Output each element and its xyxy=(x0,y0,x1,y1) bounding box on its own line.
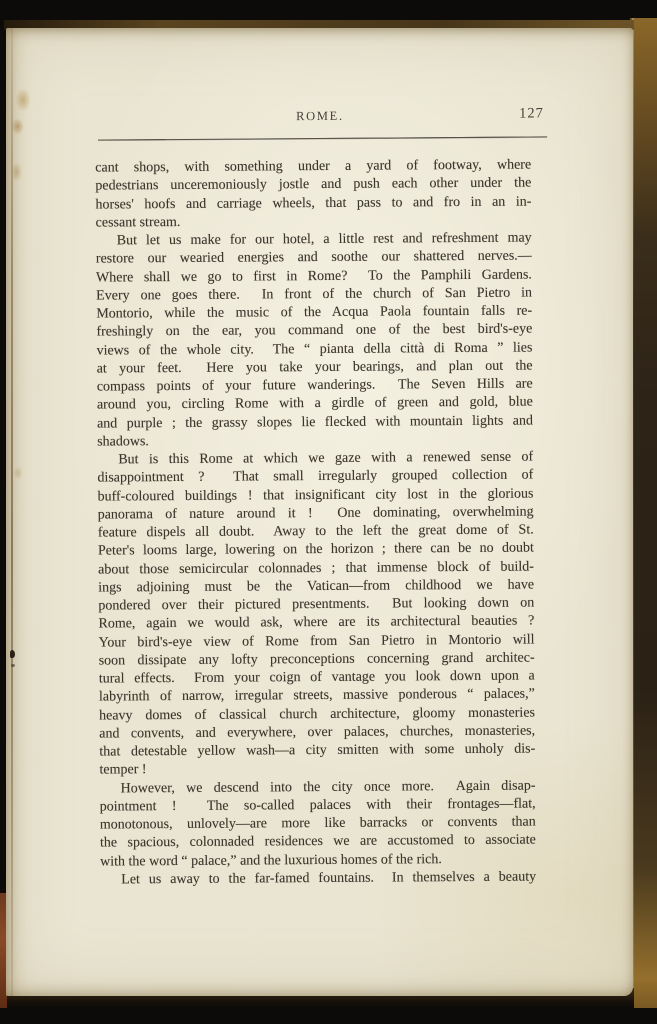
text-line: horses' hoofs and carriage wheels, that … xyxy=(95,193,531,214)
header-rule xyxy=(98,136,547,140)
text-line-content: the spacious, colonnaded residences we a… xyxy=(100,832,536,853)
text-line-content: with the word “ palace,” and the luxurio… xyxy=(100,851,442,872)
paragraph: cant shops, with something under a yard … xyxy=(95,157,531,233)
page-text: cant shops, with something under a yard … xyxy=(95,157,536,890)
running-head-title: ROME. xyxy=(296,109,344,124)
text-line-content: horses' hoofs and carriage wheels, that … xyxy=(95,193,531,214)
text-line: and purple ; the grassy slopes lie fleck… xyxy=(97,412,533,433)
page-number: 127 xyxy=(519,105,544,122)
text-line: Let us away to the far-famed fountains. … xyxy=(100,868,536,889)
book-photo: { "page": { "header": { "title": "ROME."… xyxy=(0,0,657,1024)
text-line-content: temper ! xyxy=(99,761,146,780)
paragraph: Let us away to the far-famed fountains. … xyxy=(100,868,536,889)
text-line: that detestable yellow wash—a city smitt… xyxy=(99,741,535,762)
printed-area: ROME. 127 cant shops, with something und… xyxy=(3,26,637,998)
paragraph: However, we descend into the city once m… xyxy=(100,777,537,871)
paragraph: But is this Rome at which we gaze with a… xyxy=(97,449,535,781)
text-line-content: that detestable yellow wash—a city smitt… xyxy=(99,741,535,762)
book-page: ROME. 127 cant shops, with something und… xyxy=(6,28,633,996)
text-line-content: Let us away to the far-famed fountains. … xyxy=(121,868,536,889)
text-line-content: cessant stream. xyxy=(96,214,181,233)
text-line-content: and purple ; the grassy slopes lie fleck… xyxy=(97,412,533,433)
paragraph: But let us make for our hotel, a little … xyxy=(96,230,534,452)
text-line: the spacious, colonnaded residences we a… xyxy=(100,832,536,853)
text-line-content: shadows. xyxy=(97,433,149,452)
running-head: ROME. 127 xyxy=(94,104,546,129)
